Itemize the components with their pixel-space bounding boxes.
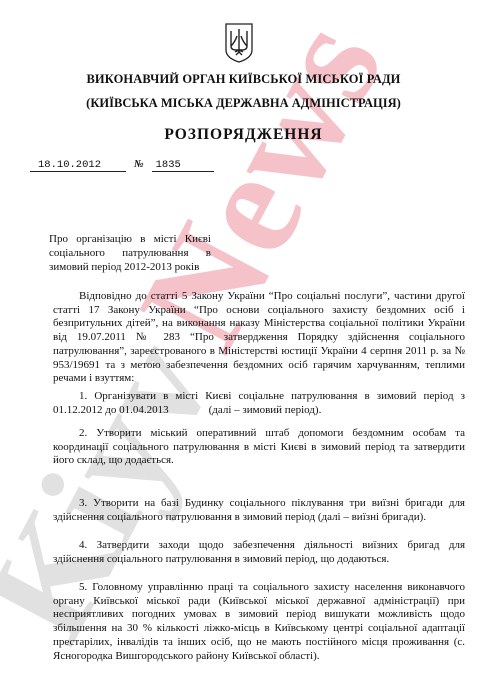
item-1-note: (далі – зимовий період). [209, 404, 322, 416]
item-3-paragraph: 3. Утворити на базі Будинку соціального … [53, 497, 465, 524]
preamble-paragraph: Відповідно до статті 5 Закону України “П… [53, 290, 465, 386]
document-date: 18.10.2012 [30, 159, 126, 172]
item-2-text: 2. Утворити міський оперативний штаб доп… [53, 427, 465, 468]
item-1-paragraph: 1. Організувати в місті Києві соціальне … [53, 390, 465, 417]
document-number: 1835 [152, 159, 214, 172]
item-5-text: 5. Головному управлінню праці та соціаль… [53, 581, 465, 663]
document-page: Kiyv News ВИКОНАВЧИЙ ОРГАН КИЇВСЬКОЇ МІС… [0, 0, 487, 694]
item-2-paragraph: 2. Утворити міський оперативний штаб доп… [53, 427, 465, 468]
date-number-line: 18.10.2012№1835 [30, 159, 214, 172]
document-subject: Про організацію в місті Києві соціальног… [49, 232, 211, 274]
number-sign: № [134, 159, 144, 170]
item-3-text: 3. Утворити на базі Будинку соціального … [53, 497, 465, 524]
item-1-text: 1. Організувати в місті Києві соціальне … [53, 390, 465, 417]
document-title: РОЗПОРЯДЖЕННЯ [0, 126, 487, 144]
item-5-paragraph: 5. Головному управлінню праці та соціаль… [53, 581, 465, 663]
preamble-text: Відповідно до статті 5 Закону України “П… [53, 290, 465, 386]
item-4-paragraph: 4. Затвердити заходи щодо забезпечення д… [53, 539, 465, 566]
issuing-body-alt-name: (КИЇВСЬКА МІСЬКА ДЕРЖАВНА АДМІНІСТРАЦІЯ) [0, 96, 487, 111]
trident-coat-of-arms-icon [224, 22, 254, 64]
item-4-text: 4. Затвердити заходи щодо забезпечення д… [53, 539, 465, 566]
issuing-body-name: ВИКОНАВЧИЙ ОРГАН КИЇВСЬКОЇ МІСЬКОЇ РАДИ [0, 72, 487, 87]
